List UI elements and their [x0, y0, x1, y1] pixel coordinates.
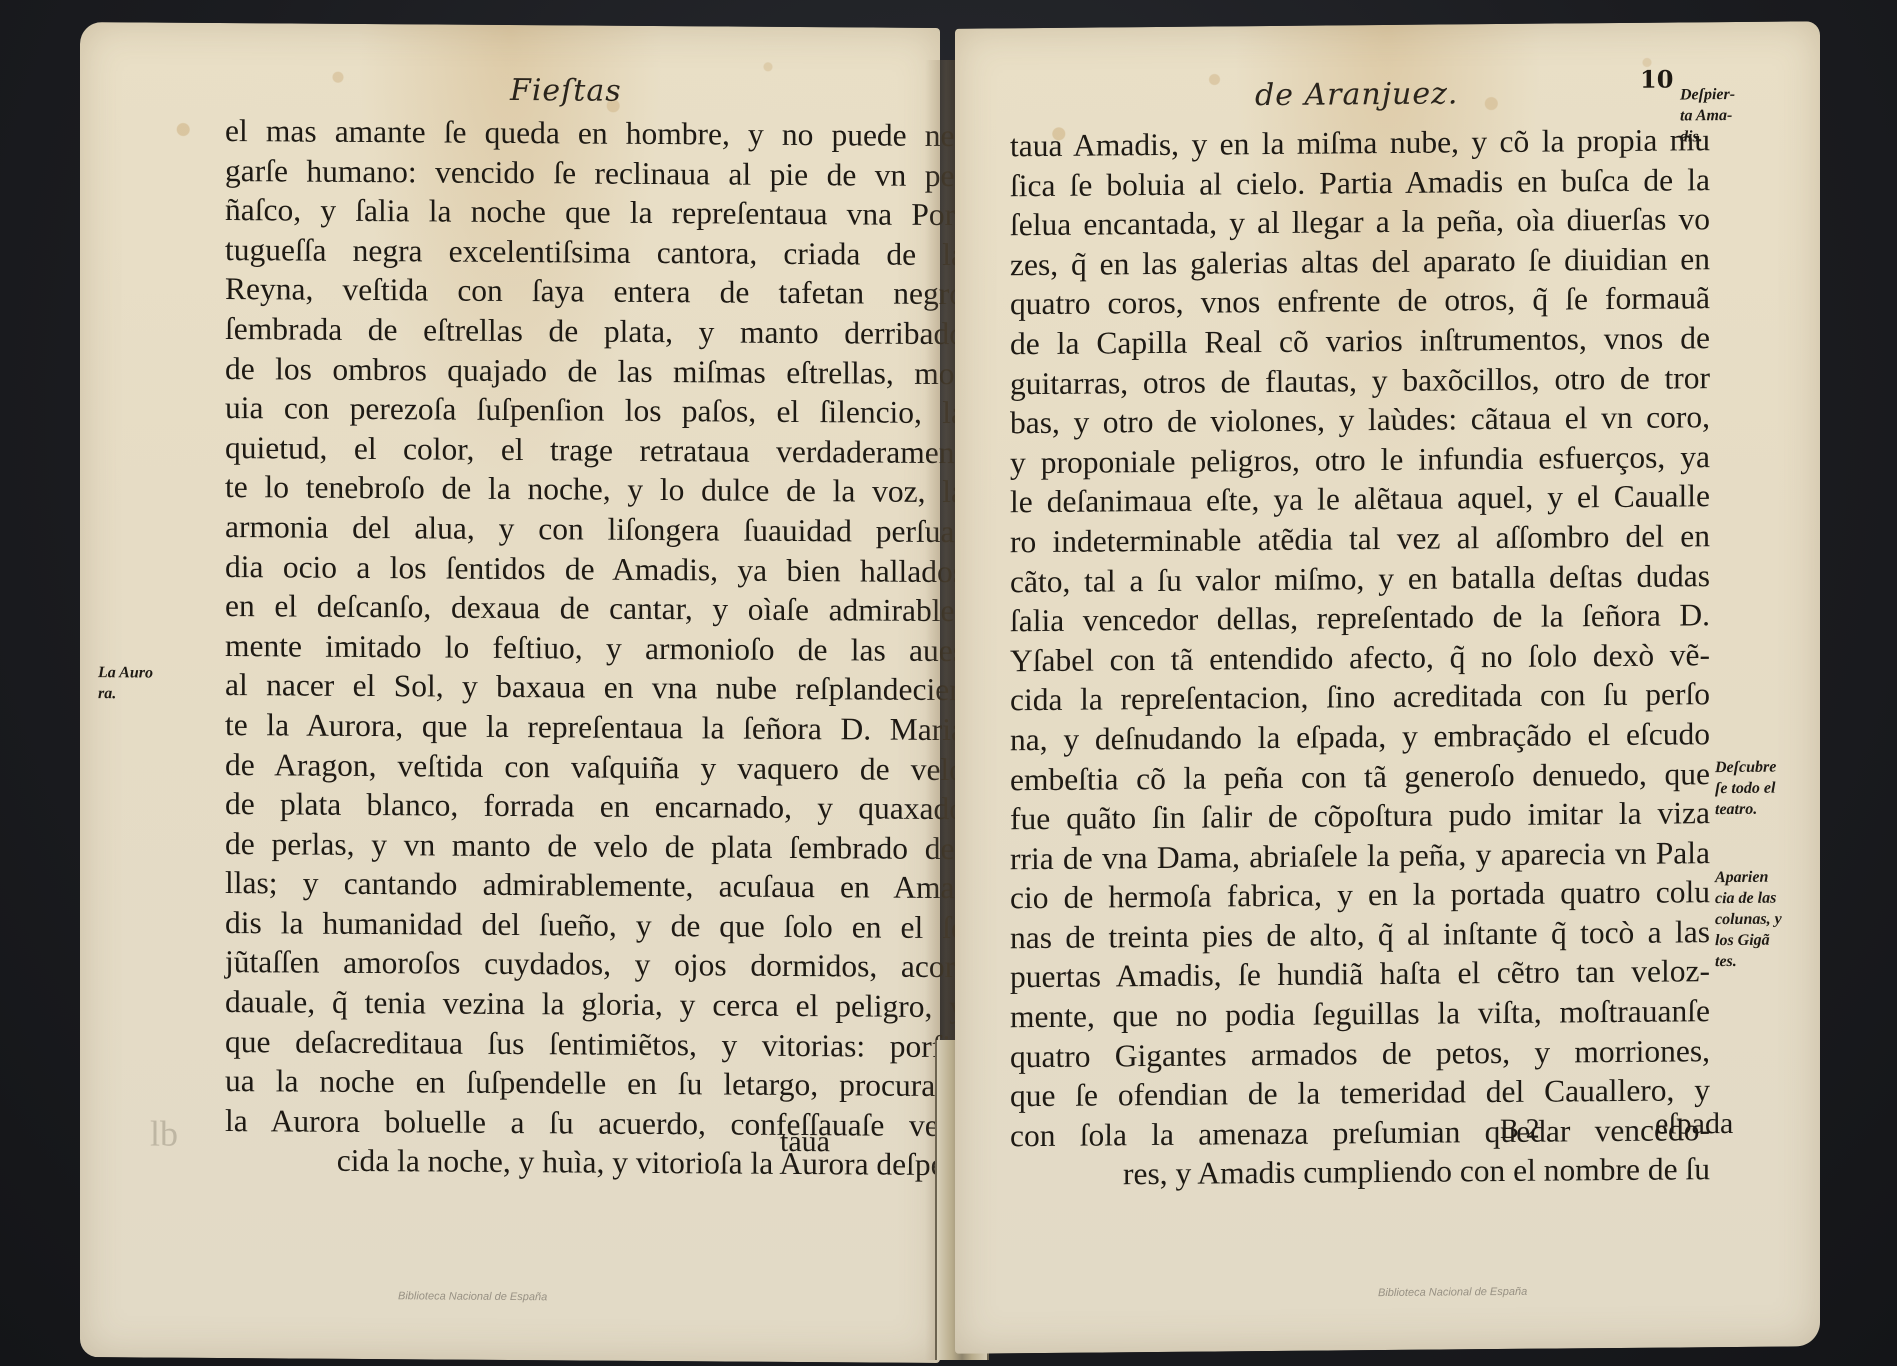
text-line: ñaſco, y ſalia la noche que la repreſent…: [225, 190, 965, 235]
text-line: ſelua encantada, y al llegar a la peña, …: [1010, 199, 1710, 245]
right-page: de Aranjuez. 10 taua Amadis, y en la miſ…: [955, 21, 1820, 1354]
offset-ghost-mark: lb: [150, 1112, 178, 1154]
catchword-left: taua: [780, 1125, 830, 1159]
text-line: con ſola la amenaza preſumian quedar ven…: [1010, 1110, 1710, 1156]
text-line: bas, y otro de violones, y laùdes: cãtau…: [1010, 397, 1710, 443]
text-line: Reyna, veſtida con ſaya entera de tafeta…: [225, 269, 965, 314]
text-line: cida la noche, y huìa, y vitorioſa la Au…: [225, 1140, 965, 1185]
margin-note-despierta-amadis: Deſpier-ta Ama-dis.: [1680, 84, 1775, 148]
text-line: puertas Amadis, ſe hundiã haſta el cẽtro…: [1010, 952, 1710, 998]
text-line: que ſe ofendian de la temeridad del Caua…: [1010, 1070, 1710, 1116]
text-line: dis la humanidad del ſueño, y de que ſol…: [225, 903, 965, 948]
margin-note-line: teatro.: [1715, 798, 1810, 820]
watermark-left: Biblioteca Nacional de España: [398, 1290, 547, 1303]
text-line: que deſacreditaua ſus ſentimiẽtos, y vit…: [225, 1022, 965, 1067]
text-line: armonia del alua, y con liſongera ſuauid…: [225, 507, 965, 552]
text-line: la Aurora boluelle a ſu acuerdo, confeſſ…: [225, 1101, 965, 1146]
text-line: te lo tenebroſo de la noche, y lo dulce …: [225, 467, 965, 512]
text-line: de perlas, y vn manto de velo de plata ſ…: [225, 824, 965, 869]
text-line: tugueſſa negra excelentiſsima cantora, c…: [225, 230, 965, 275]
text-line: ſembrada de eſtrellas de plata, y manto …: [225, 309, 965, 354]
text-line: Yſabel con tã entendido afecto, q̃ no ſo…: [1010, 635, 1710, 681]
margin-note-descubre-teatro: Deſcubreſe todo elteatro.: [1715, 756, 1810, 820]
margin-note-line: dis.: [1680, 126, 1775, 148]
text-line: mente imitado lo feſtiuo, y armonioſo de…: [225, 626, 965, 671]
text-line: quatro Gigantes armados de petos, y morr…: [1010, 1031, 1710, 1077]
text-line: ſalia vencedor dellas, repreſentado de l…: [1010, 595, 1710, 641]
margin-note-line: tes.: [1715, 950, 1810, 972]
text-line: embeſtia cõ la peña con tã generoſo denu…: [1010, 754, 1710, 800]
margin-note-line: Deſcubre: [1715, 756, 1810, 778]
margin-note-line: colunas, y: [1715, 908, 1810, 930]
margin-note-line: ſe todo el: [1715, 777, 1810, 799]
text-line: guitarras, otros de flautas, y baxõcillo…: [1010, 358, 1710, 404]
text-line: cãto, tal a ſu valor miſmo, y en batalla…: [1010, 556, 1710, 602]
left-page: Fieſtas el mas amante ſe queda en hombre…: [80, 22, 940, 1363]
margin-note-line: La Auro: [98, 662, 198, 684]
signature-mark: B 2: [1500, 1114, 1540, 1146]
text-line: ſica ſe boluia al cielo. Partia Amadis e…: [1010, 160, 1710, 206]
text-line: ua la noche en ſuſpendelle en ſu letargo…: [225, 1061, 965, 1106]
text-line: jũtaſſen amoroſos cuydados, y ojos dormi…: [225, 942, 965, 987]
text-line: de los ombros quajado de las miſmas eſtr…: [225, 349, 965, 394]
text-line: le deſanimaua eſte, ya le alẽtaua aquel,…: [1010, 477, 1710, 523]
margin-note-line: Deſpier-: [1680, 84, 1775, 106]
text-line: cio de hermoſa fabrica, y en la portada …: [1010, 872, 1710, 918]
text-line: dia ocio a los ſentidos de Amadis, ya bi…: [225, 547, 965, 592]
text-line: rria de vna Dama, abriaſele la peña, y a…: [1010, 833, 1710, 879]
text-line: de Aragon, veſtida con vaſquiña y vaquer…: [225, 745, 965, 790]
folio-number: 10: [1640, 65, 1673, 94]
text-line: res, y Amadis cumpliendo con el nombre d…: [1010, 1150, 1710, 1196]
text-line: llas; y cantando admirablemente, acuſaua…: [225, 863, 965, 908]
running-head-right: de Aranjuez.: [1255, 76, 1458, 113]
text-line: uia con perezoſa ſuſpenſion los paſos, e…: [225, 388, 965, 433]
catchword-right: eſpada: [1655, 1107, 1733, 1142]
text-line: quatro coros, vnos enfrente de otros, q̃…: [1010, 279, 1710, 325]
text-line: ro indeterminable atẽdia tal vez al aſſo…: [1010, 516, 1710, 562]
margin-note-line: ta Ama-: [1680, 105, 1775, 127]
text-line: zes, q̃ en las galerias altas del aparat…: [1010, 239, 1710, 285]
text-line: en el deſcanſo, dexaua de cantar, y oìaſ…: [225, 586, 965, 631]
text-line: quietud, el color, el trage retrataua ve…: [225, 428, 965, 473]
text-line: dauale, q̃ tenia vezina la gloria, y cer…: [225, 982, 965, 1027]
watermark-right: Biblioteca Nacional de España: [1378, 1286, 1527, 1299]
margin-note-line: cia de las: [1715, 887, 1810, 909]
margin-note-line: los Gigã: [1715, 929, 1810, 951]
margin-note-line: Aparien: [1715, 866, 1810, 888]
text-line: nas de treinta pies de alto, q̃ al inſta…: [1010, 912, 1710, 958]
text-line: el mas amante ſe queda en hombre, y no p…: [225, 111, 965, 156]
margin-note-aparencia-colunas: Apariencia de lascolunas, ylos Gigãtes.: [1715, 866, 1810, 972]
margin-note-line: ra.: [98, 683, 198, 705]
text-line: te la Aurora, que la repreſentaua la ſeñ…: [225, 705, 965, 750]
text-line: garſe humano: vencido ſe reclinaua al pi…: [225, 151, 965, 196]
text-line: y proponiale peligros, otro le infundia …: [1010, 437, 1710, 483]
text-line: de la Capilla Real cõ varios inſtrumento…: [1010, 318, 1710, 364]
text-line: de plata blanco, forrada en encarnado, y…: [225, 784, 965, 829]
text-line: na, y deſnudando la eſpada, y embraçãdo …: [1010, 714, 1710, 760]
text-line: al nacer el Sol, y baxaua en vna nube re…: [225, 665, 965, 710]
running-head-left: Fieſtas: [510, 73, 622, 109]
left-page-body: el mas amante ſe queda en hombre, y no p…: [225, 111, 965, 1185]
text-line: fue quãto ſin ſalir de cõpoſtura pudo im…: [1010, 793, 1710, 839]
text-line: taua Amadis, y en la miſma nube, y cõ la…: [1010, 120, 1710, 166]
text-line: cida la repreſentacion, ſino acreditada …: [1010, 674, 1710, 720]
right-page-body: taua Amadis, y en la miſma nube, y cõ la…: [1010, 120, 1710, 1195]
margin-note-la-aurora: La Aurora.: [98, 662, 198, 705]
text-line: mente, que no podia ſeguillas la viſta, …: [1010, 991, 1710, 1037]
